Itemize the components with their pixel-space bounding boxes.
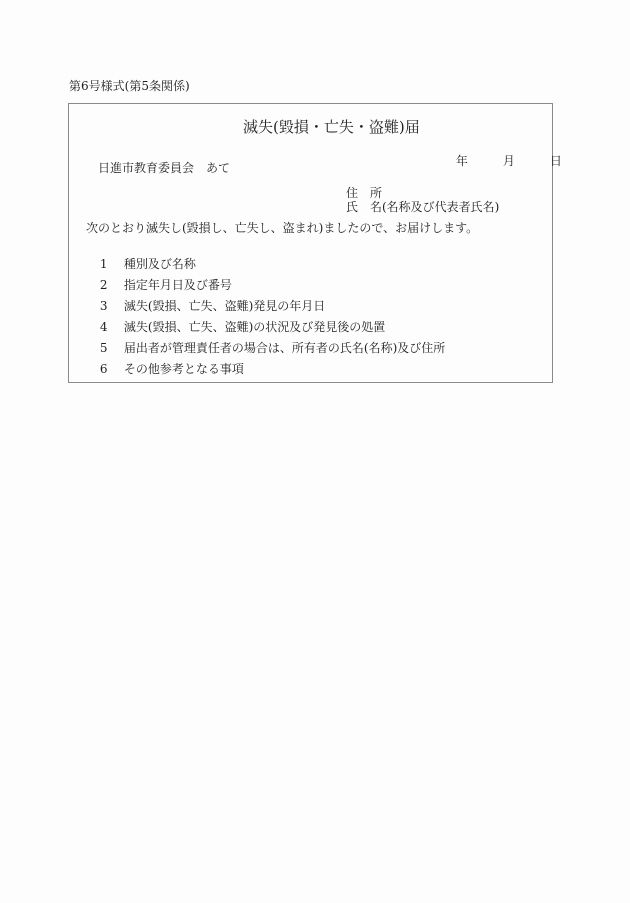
form-number-label: 第6号様式(第5条関係) bbox=[69, 79, 190, 94]
date-day-label: 日 bbox=[550, 154, 562, 168]
name-label: 氏 名(名称及び代表者氏名) bbox=[346, 200, 499, 214]
form-title: 滅失(毀損・亡失・盗難)届 bbox=[243, 119, 420, 136]
address-label: 住 所 bbox=[346, 186, 382, 200]
date-month-label: 月 bbox=[503, 154, 515, 168]
intro-sentence: 次のとおり滅失し(毀損し、亡失し、盗まれ)ましたので、お届けします。 bbox=[86, 221, 478, 235]
list-item: 6その他参考となる事項 bbox=[77, 348, 244, 390]
form-border-box: 滅失(毀損・亡失・盗難)届 年月日 日進市教育委員会 あて 住 所 氏 名(名称… bbox=[68, 103, 553, 383]
document-page: 第6号様式(第5条関係) 滅失(毀損・亡失・盗難)届 年月日 日進市教育委員会 … bbox=[0, 0, 630, 903]
item-number: 6 bbox=[100, 362, 124, 376]
date-line: 年月日 bbox=[433, 140, 562, 182]
item-text: その他参考となる事項 bbox=[124, 362, 244, 376]
addressee-line: 日進市教育委員会 あて bbox=[98, 161, 230, 175]
date-year-label: 年 bbox=[456, 154, 468, 168]
